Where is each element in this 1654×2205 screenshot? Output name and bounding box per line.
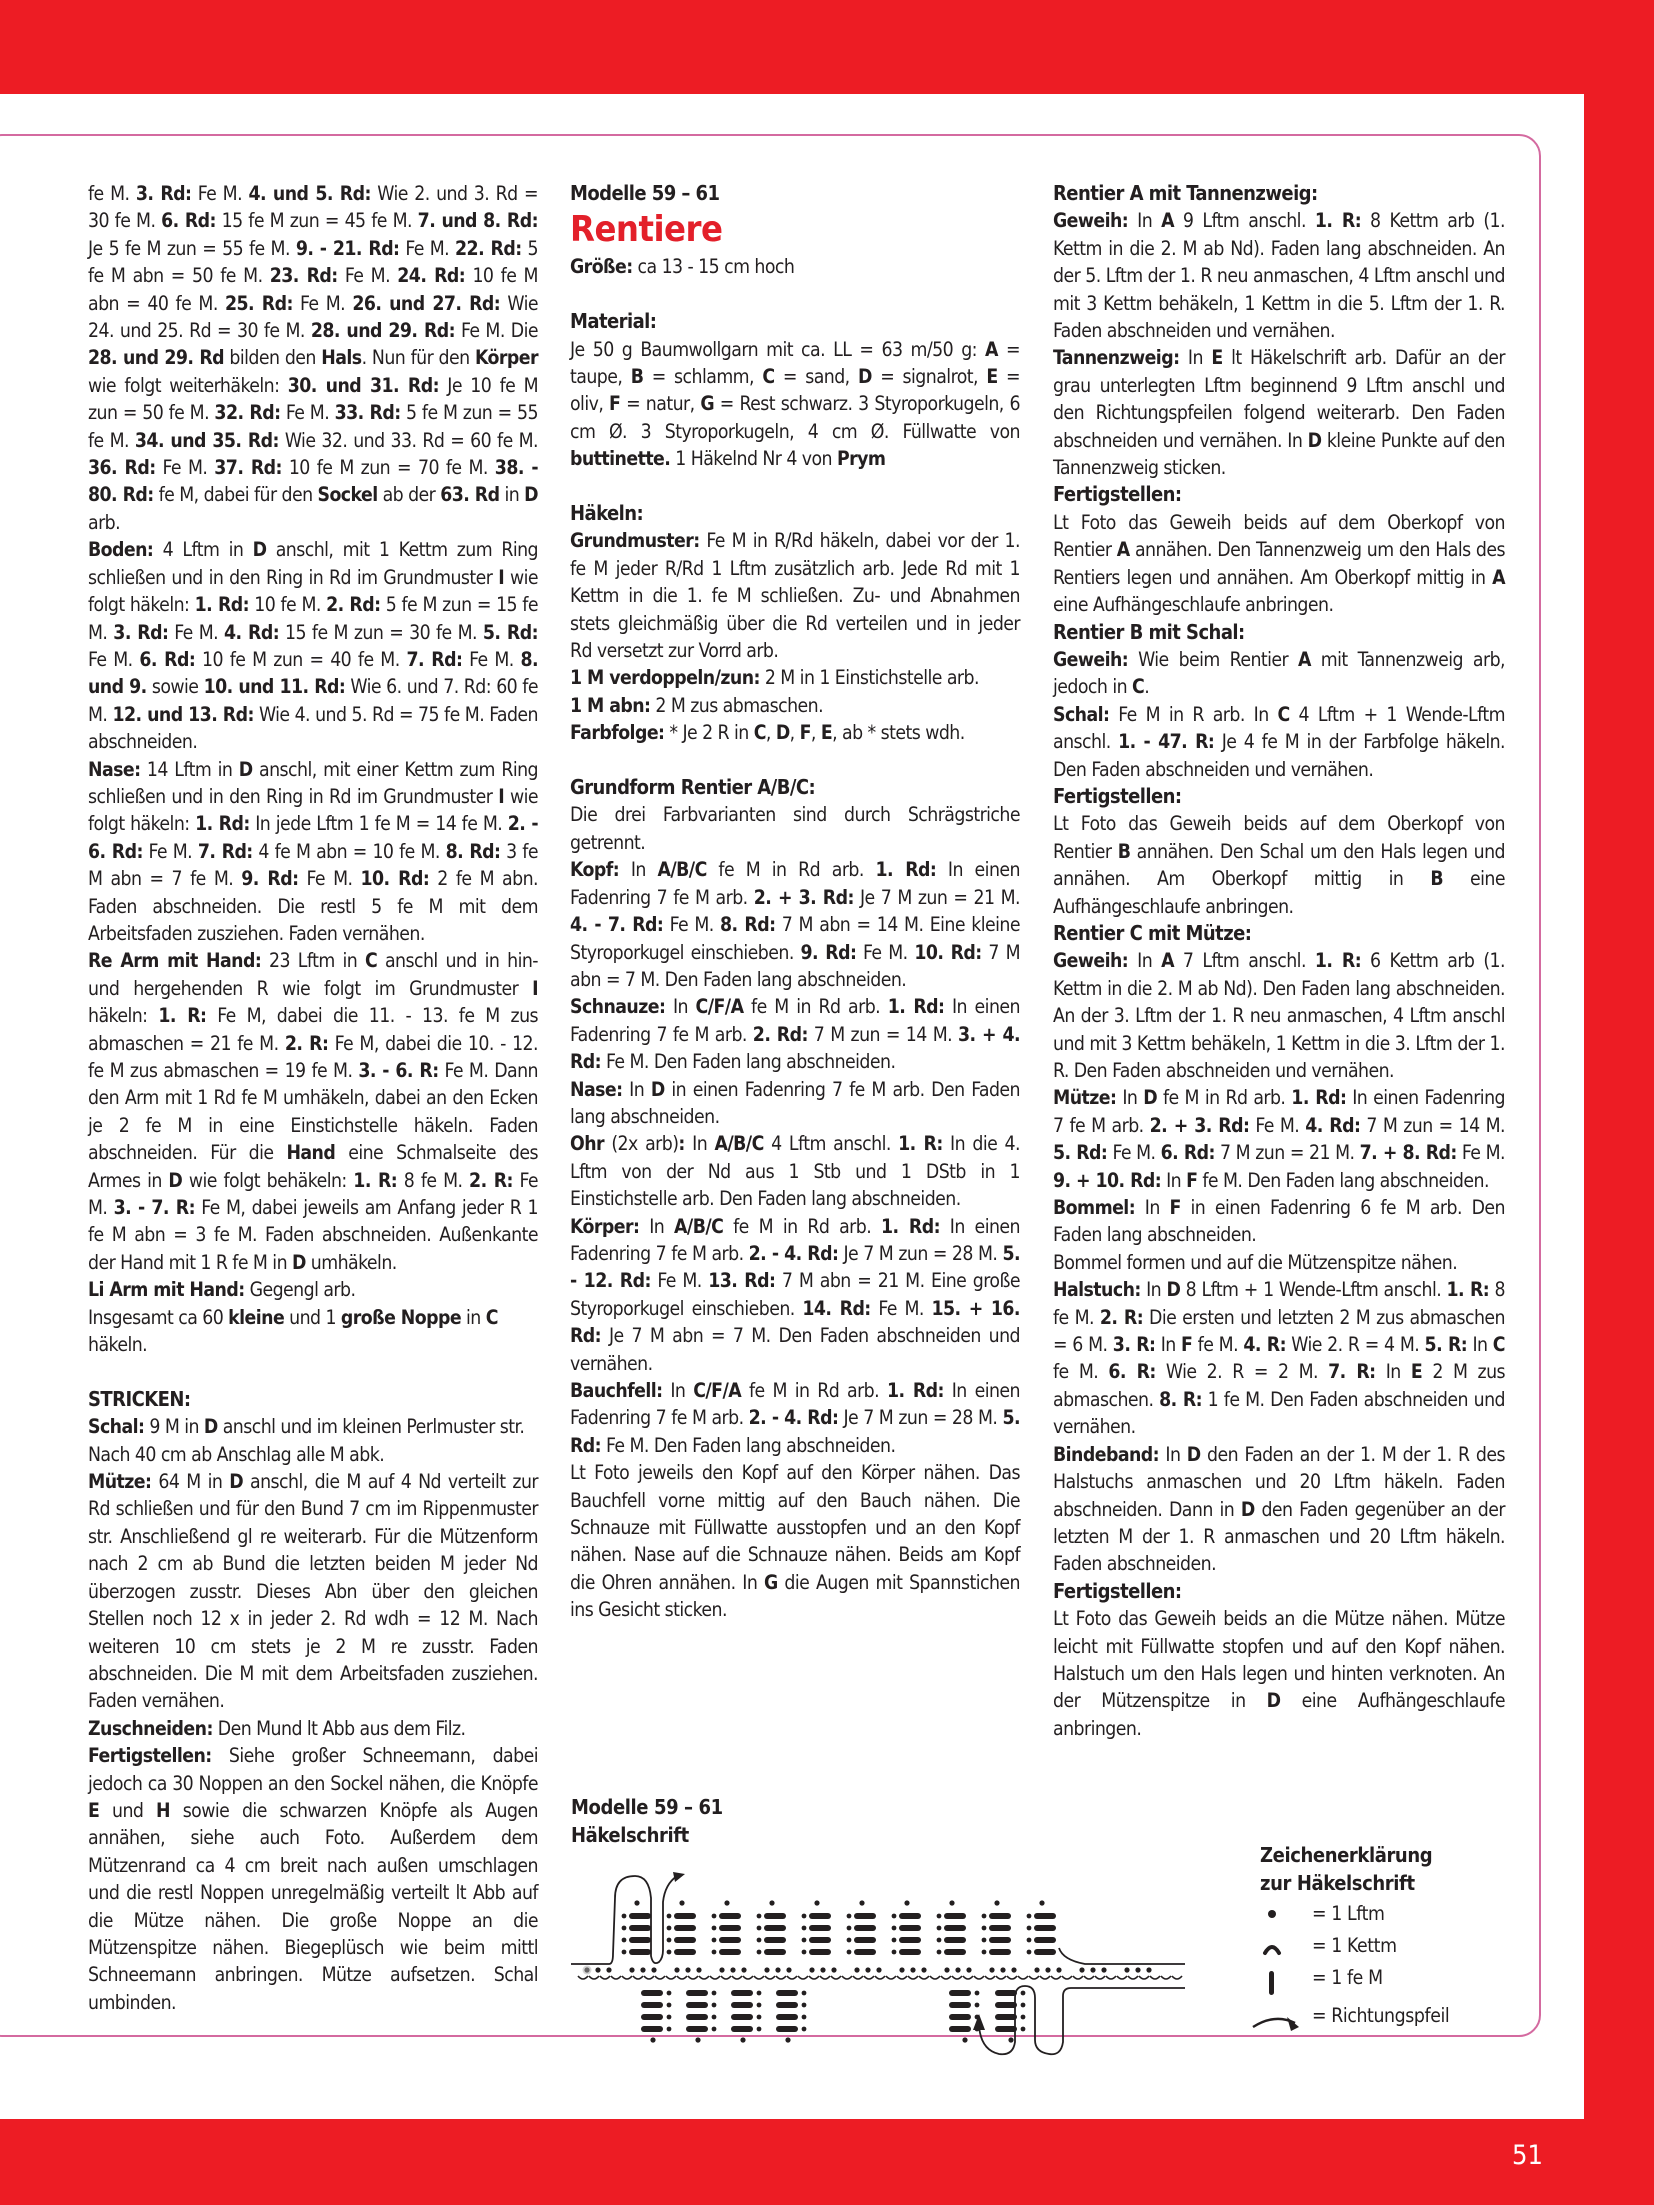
- chart-legend: Zeichenerklärung zur Häkelschrift = 1 Lf…: [1260, 1841, 1520, 2033]
- size-line: Größe: ca 13 - 15 cm hoch: [570, 253, 1020, 280]
- page-number: 51: [1512, 2140, 1543, 2171]
- paragraph-kopf: Kopf: In A/B/C fe M in Rd arb. 1. Rd: In…: [570, 856, 1020, 993]
- chart-title: Häkelschrift: [571, 1821, 723, 1849]
- arrow-icon: [1242, 2001, 1308, 2033]
- paragraph-nase: Nase: In D in einen Fadenring 7 fe M arb…: [570, 1076, 1020, 1131]
- chart-models-label: Modelle 59 – 61: [571, 1793, 723, 1821]
- crochet-chart-diagram: [565, 1862, 1185, 2062]
- paragraph-c-bommel2: Bommel formen und auf die Mützenspitze n…: [1053, 1249, 1505, 1276]
- paragraph-c-bommel: Bommel: In F in einen Fadenring 6 fe M a…: [1053, 1194, 1505, 1249]
- heading-fertigstellen-a: Fertigstellen:: [1053, 481, 1505, 508]
- column-middle: Modelle 59 – 61 Rentiere Größe: ca 13 - …: [570, 180, 1020, 1624]
- paragraph-nase: Nase: 14 Lftm in D anschl, mit einer Ket…: [88, 756, 538, 948]
- paragraph-body-shaping: fe M. 3. Rd: Fe M. 4. und 5. Rd: Wie 2. …: [88, 180, 538, 536]
- column-right: Rentier A mit Tannenzweig: Geweih: In A …: [1053, 180, 1505, 1742]
- paragraph-schnauze: Schnauze: In C/F/A fe M in Rd arb. 1. Rd…: [570, 993, 1020, 1075]
- paragraph-abn: 1 M abn: 2 M zus abmaschen.: [570, 692, 1020, 719]
- paragraph-bauchfell: Bauchfell: In C/F/A fe M in Rd arb. 1. R…: [570, 1377, 1020, 1459]
- legend-item-lftm: = 1 Lftm: [1260, 1899, 1520, 1931]
- page-title: Rentiere: [570, 207, 1020, 253]
- legend-item-richtungspfeil: = Richtungspfeil: [1260, 2001, 1520, 2033]
- paragraph-muetze: Mütze: 64 M in D anschl, die M auf 4 Nd …: [88, 1468, 538, 1715]
- paragraph-grundmuster: Grundmuster: Fe M in R/Rd häkeln, dabei …: [570, 527, 1020, 664]
- paragraph-re-arm: Re Arm mit Hand: 23 Lftm in C anschl und…: [88, 947, 538, 1276]
- paragraph-c-halstuch: Halstuch: In D 8 Lftm + 1 Wende-Lftm ans…: [1053, 1276, 1505, 1440]
- legend-title-line1: Zeichenerklärung: [1260, 1841, 1520, 1869]
- paragraph-c-geweih: Geweih: In A 7 Lftm anschl. 1. R: 6 Kett…: [1053, 947, 1505, 1084]
- paragraph-li-arm: Li Arm mit Hand: Gegengl arb.: [88, 1276, 538, 1303]
- paragraph-a-fertig: Lt Foto das Geweih beids auf dem Oberkop…: [1053, 509, 1505, 619]
- heading-material: Material:: [570, 308, 1020, 335]
- dot-icon: [1260, 1899, 1308, 1931]
- paragraph-boden: Boden: 4 Lftm in D anschl, mit 1 Kettm z…: [88, 536, 538, 755]
- paragraph-fertigstellen: Fertigstellen: Siehe großer Schneemann, …: [88, 1742, 538, 2016]
- paragraph-grundform-intro: Die drei Farbvarianten sind durch Schräg…: [570, 801, 1020, 856]
- paragraph-a-geweih: Geweih: In A 9 Lftm anschl. 1. R: 8 Kett…: [1053, 207, 1505, 344]
- paragraph-schal: Schal: 9 M in D anschl und im kleinen Pe…: [88, 1413, 538, 1468]
- heading-fertigstellen-c: Fertigstellen:: [1053, 1578, 1505, 1605]
- heading-grundform: Grundform Rentier A/B/C:: [570, 774, 1020, 801]
- paragraph-farbfolge: Farbfolge: * Je 2 R in C, D, F, E, ab * …: [570, 719, 1020, 746]
- bar-icon: [1260, 1963, 1308, 1995]
- heading-rentier-c: Rentier C mit Mütze:: [1053, 920, 1505, 947]
- paragraph-verdoppeln: 1 M verdoppeln/zun: 2 M in 1 Einstichste…: [570, 664, 1020, 691]
- heading-stricken: STRICKEN:: [88, 1386, 538, 1413]
- paragraph-a-tannenzweig: Tannenzweig: In E lt Häkelschrift arb. D…: [1053, 344, 1505, 481]
- paragraph-zuschneiden: Zuschneiden: Den Mund lt Abb aus dem Fil…: [88, 1715, 538, 1742]
- paragraph-b-fertig: Lt Foto das Geweih beids auf dem Oberkop…: [1053, 810, 1505, 920]
- legend-title-line2: zur Häkelschrift: [1260, 1869, 1520, 1897]
- paragraph-b-schal: Schal: Fe M in R arb. In C 4 Lftm + 1 We…: [1053, 701, 1505, 783]
- column-left: fe M. 3. Rd: Fe M. 4. und 5. Rd: Wie 2. …: [88, 180, 538, 2016]
- heading-haekeln: Häkeln:: [570, 500, 1020, 527]
- paragraph-ohr: Ohr (2x arb): In A/B/C 4 Lftm anschl. 1.…: [570, 1130, 1020, 1212]
- heading-rentier-a: Rentier A mit Tannenzweig:: [1053, 180, 1505, 207]
- models-label: Modelle 59 – 61: [570, 180, 1020, 207]
- paragraph-c-muetze: Mütze: In D fe M in Rd arb. 1. Rd: In ei…: [1053, 1084, 1505, 1194]
- paragraph-c-fertig: Lt Foto das Geweih beids an die Mütze nä…: [1053, 1605, 1505, 1742]
- paragraph-b-geweih: Geweih: Wie beim Rentier A mit Tannenzwe…: [1053, 646, 1505, 701]
- paragraph-noppen: Insgesamt ca 60 kleine und 1 große Noppe…: [88, 1304, 538, 1359]
- legend-item-kettm: = 1 Kettm: [1260, 1931, 1520, 1963]
- legend-item-fe-m: = 1 fe M: [1260, 1963, 1520, 1995]
- heading-rentier-b: Rentier B mit Schal:: [1053, 619, 1505, 646]
- heading-fertigstellen-b: Fertigstellen:: [1053, 783, 1505, 810]
- paragraph-koerper: Körper: In A/B/C fe M in Rd arb. 1. Rd: …: [570, 1213, 1020, 1377]
- paragraph-material: Je 50 g Baumwollgarn mit ca. LL = 63 m/5…: [570, 336, 1020, 473]
- paragraph-c-bindeband: Bindeband: In D den Faden an der 1. M de…: [1053, 1441, 1505, 1578]
- chart-heading: Modelle 59 – 61 Häkelschrift: [571, 1793, 723, 1849]
- paragraph-assembly: Lt Foto jeweils den Kopf auf den Körper …: [570, 1459, 1020, 1623]
- arc-icon: [1260, 1931, 1308, 1963]
